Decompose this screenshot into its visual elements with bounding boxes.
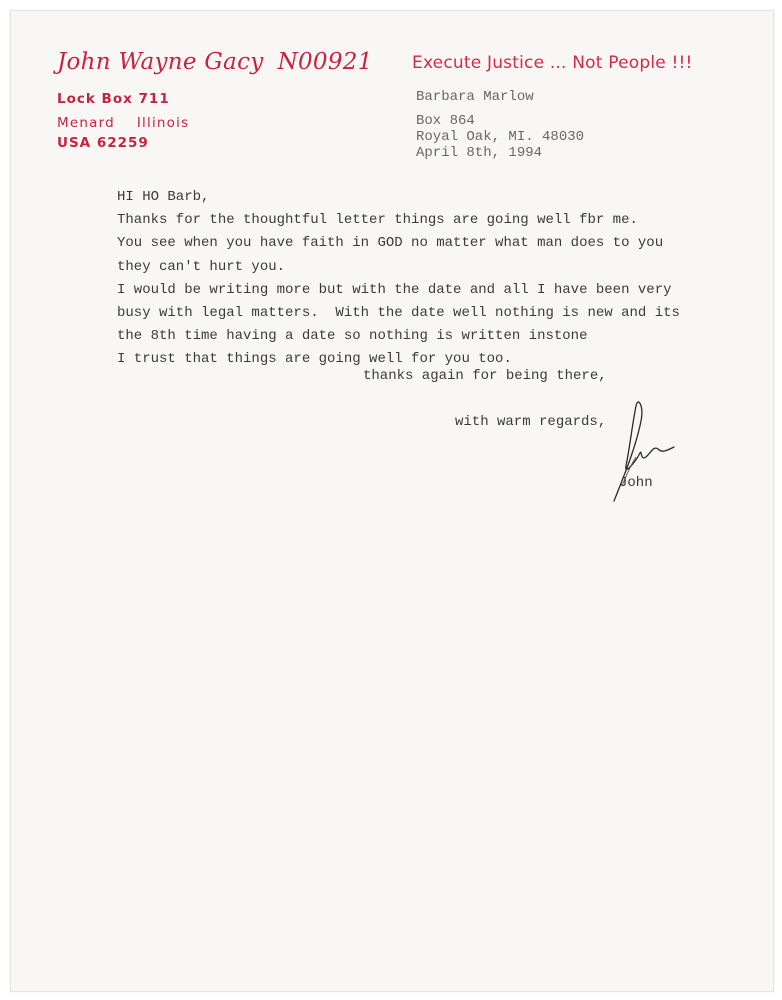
sender-address-line1: Lock Box 711 xyxy=(57,91,170,107)
inmate-number: N00921 xyxy=(278,49,373,75)
closing-regards: with warm regards, xyxy=(455,414,606,430)
sender-city: Menard xyxy=(57,115,115,131)
sender-address-line3: USA 62259 xyxy=(57,135,149,151)
sender-address-city-state: MenardIllinois xyxy=(57,115,189,131)
recipient-name: Barbara Marlow xyxy=(416,89,584,105)
body-line: the 8th time having a date so nothing is… xyxy=(117,325,757,348)
sender-name: John Wayne Gacy xyxy=(57,49,264,75)
sender-state: Illinois xyxy=(137,115,189,131)
letterhead-slogan: Execute Justice ... Not People !!! xyxy=(412,53,693,73)
closing-thanks: thanks again for being there, xyxy=(363,368,607,384)
recipient-line1: Box 864 xyxy=(416,113,584,129)
recipient-line2: Royal Oak, MI. 48030 xyxy=(416,129,584,145)
body-line: I would be writing more but with the dat… xyxy=(117,279,757,302)
letter-date: April 8th, 1994 xyxy=(416,145,584,161)
letter-page: John Wayne GacyN00921 Lock Box 711 Menar… xyxy=(10,10,774,992)
body-line: You see when you have faith in GOD no ma… xyxy=(117,232,757,255)
salutation: HI HO Barb, xyxy=(117,186,757,209)
signed-name: John xyxy=(619,475,653,491)
letterhead-name: John Wayne GacyN00921 xyxy=(57,49,373,75)
letter-body: HI HO Barb, Thanks for the thoughtful le… xyxy=(117,186,757,372)
body-line: they can't hurt you. xyxy=(117,256,757,279)
recipient-block: Barbara Marlow Box 864 Royal Oak, MI. 48… xyxy=(416,89,584,161)
body-line: Thanks for the thoughtful letter things … xyxy=(117,209,757,232)
body-line: busy with legal matters. With the date w… xyxy=(117,302,757,325)
